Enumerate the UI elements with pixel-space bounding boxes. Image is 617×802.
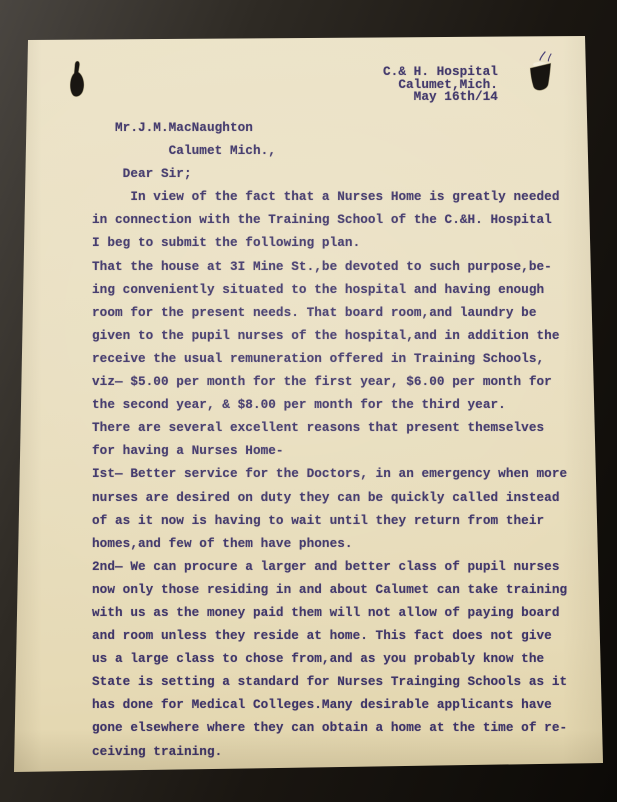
letter-line: of as it now is having to wait until the… <box>92 509 567 532</box>
letter-line: now only those residing in and about Cal… <box>92 578 567 601</box>
letter-line: ing conveniently situated to the hospita… <box>92 278 567 301</box>
punch-hole-right-icon <box>524 48 558 106</box>
letter-line: has done for Medical Colleges.Many desir… <box>92 693 567 716</box>
photo-background: C.& H. Hospital Calumet,Mich. May 16th/1… <box>0 0 617 802</box>
letter-line: nurses are desired on duty they can be q… <box>92 486 567 509</box>
letter-line: That the house at 3I Mine St.,be devoted… <box>92 255 567 278</box>
letter-body: Mr.J.M.MacNaughton Calumet Mich., Dear S… <box>92 116 567 763</box>
letter-line: viz— $5.00 per month for the first year,… <box>92 370 567 393</box>
letter-line: receive the usual remuneration offered i… <box>92 347 567 370</box>
letter-line: In view of the fact that a Nurses Home i… <box>92 185 567 208</box>
letter-line: Mr.J.M.MacNaughton <box>92 116 567 139</box>
letter-line: State is setting a standard for Nurses T… <box>92 670 567 693</box>
letter-line: Ist— Better service for the Doctors, in … <box>92 462 567 485</box>
letter-line: us a large class to chose from,and as yo… <box>92 647 567 670</box>
letter-paper: C.& H. Hospital Calumet,Mich. May 16th/1… <box>12 36 604 774</box>
letter-line: ceiving training. <box>92 740 567 763</box>
letter-line: I beg to submit the following plan. <box>92 231 567 254</box>
letter-line: homes,and few of them have phones. <box>92 532 567 555</box>
letter-line: and room unless they reside at home. Thi… <box>92 624 567 647</box>
letter-line: in connection with the Training School o… <box>92 208 567 231</box>
punch-hole-left-icon <box>64 58 92 106</box>
letter-line: gone elsewhere where they can obtain a h… <box>92 716 567 739</box>
letter-line: Dear Sir; <box>92 162 567 185</box>
letter-line: room for the present needs. That board r… <box>92 301 567 324</box>
letter-line: 2nd— We can procure a larger and better … <box>92 555 567 578</box>
letter-line: given to the pupil nurses of the hospita… <box>92 324 567 347</box>
letterhead: C.& H. Hospital Calumet,Mich. May 16th/1… <box>383 66 498 104</box>
letter-line: for having a Nurses Home- <box>92 439 567 462</box>
letter-line: Calumet Mich., <box>92 139 567 162</box>
letterhead-line: May 16th/14 <box>383 91 498 104</box>
letter-line: There are several excellent reasons that… <box>92 416 567 439</box>
letter-line: with us as the money paid them will not … <box>92 601 567 624</box>
letter-line: the second year, & $8.00 per month for t… <box>92 393 567 416</box>
